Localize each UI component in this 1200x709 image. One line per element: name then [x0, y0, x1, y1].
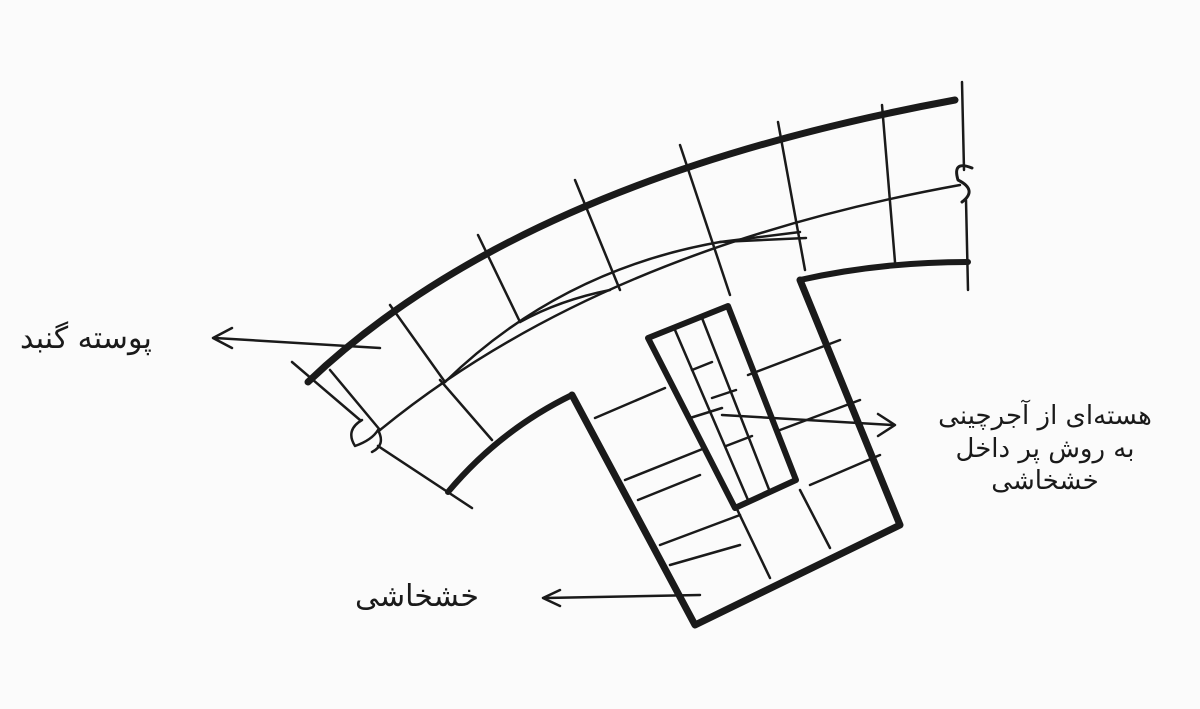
core-leader — [722, 415, 893, 425]
core-label-line1: هسته‌ای از آجرچینی — [895, 400, 1195, 433]
core-label: هسته‌ای از آجرچینی به روش پر داخل خشخاشی — [895, 400, 1195, 498]
dome-middle-arc — [380, 185, 960, 430]
khashkhashi-label: خشخاشی — [355, 578, 479, 616]
diagram-canvas: پوسته گنبد هسته‌ای از آجرچینی به روش پر … — [0, 0, 1200, 709]
dome-shell-label: پوسته گنبد — [20, 320, 152, 358]
dome-inner-arc-right — [800, 262, 968, 280]
core-label-line2: به روش پر داخل — [895, 433, 1195, 466]
dome-outer-arc — [308, 100, 955, 382]
core-label-line3: خشخاشی — [895, 465, 1195, 498]
brick-core-courses — [675, 318, 770, 500]
dome-section-drawing — [0, 0, 1200, 709]
